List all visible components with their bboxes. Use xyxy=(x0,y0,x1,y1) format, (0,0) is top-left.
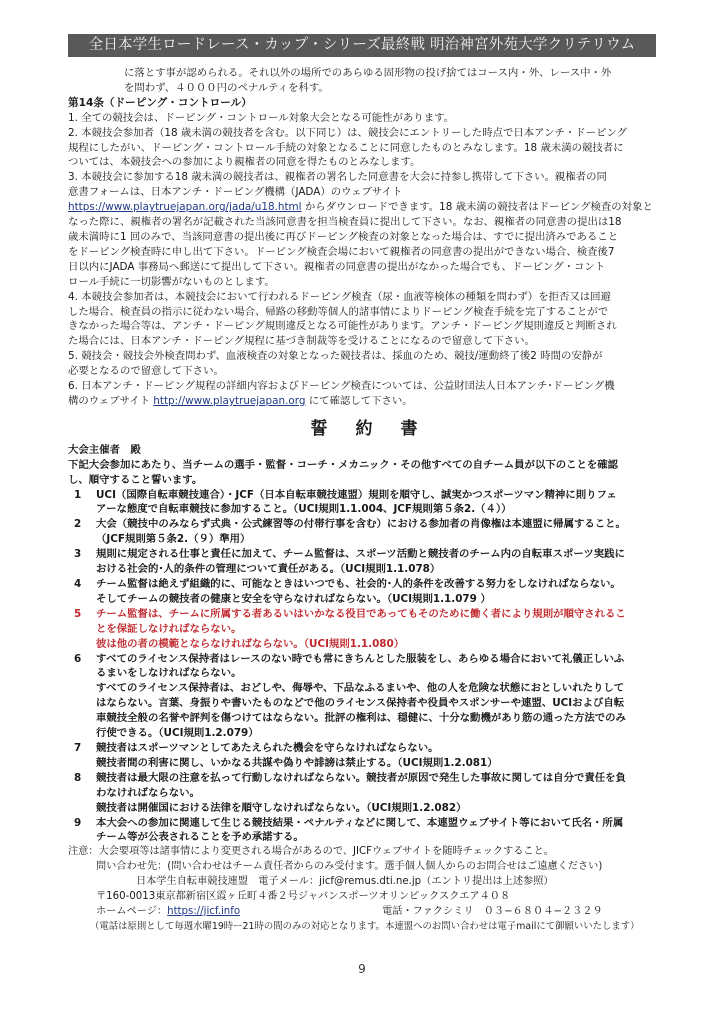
item-line: 行使できる。（UCI規則1.2.079） xyxy=(96,726,660,741)
article-14-para-6: 6. 日本アンチ・ドーピング規程の詳細内容およびドーピング検査については、公益財… xyxy=(68,379,660,394)
article-14-para-5: 5. 競技会・競技会外検査問わず、血液検査の対象となった競技者は、採血のため、競… xyxy=(68,349,660,364)
oath-item-8: 8 競技者は最大限の注意を払って行動しなければならない。競技者が原因で発生した事… xyxy=(68,771,660,816)
article-14-para-3: 歳未満時に1 回のみで、当該同意書の提出後に再びドーピング検査の対象となった場合… xyxy=(68,230,660,245)
item-line: すべてのライセンス保持者はレースのない時でも常にきちんとした服装をし、あらゆる場… xyxy=(96,652,660,667)
address-line: 〒160-0013東京都新宿区霞ヶ丘町４番２号ジャパンスポーツオリンピックスクエ… xyxy=(68,890,660,905)
organization-line: 日本学生自転車競技連盟 電子メール：jicf@remus.dti.ne.jp（エ… xyxy=(68,875,660,890)
item-line: 競技者はスポーツマンとしてあたえられた機会を守らなければならない。 xyxy=(96,741,660,756)
link-trailing-text: からダウンロードできます。18 歳未満の競技者はドーピング検査の対象と xyxy=(302,201,653,213)
document-header-bar: 全日本学生ロードレース・カップ・シリーズ最終戦 明治神宮外苑大学クリテリウム xyxy=(68,34,656,57)
page-number: 9 xyxy=(0,962,724,976)
oath-item-5-highlighted: 5 チーム監督は、チームに所属する者あるいはいかなる役目であってもそのために働く… xyxy=(68,607,660,652)
article-14-para-3: をドーピング検査時に申し出て下さい。ドーピング検査会場において親権者の同意書の提… xyxy=(68,245,660,260)
article-14-para-2: ついては、本競技会への参加により親権者の同意を得たものとみなします。 xyxy=(68,155,660,170)
item-line: チーム等が公表されることを予め承諾する。 xyxy=(96,830,660,845)
playtruejapan-link[interactable]: http://www.playtruejapan.org xyxy=(153,395,305,407)
phone-fax: 電話・ファクシミリ ０３−６８０４−２３２９ xyxy=(382,906,603,917)
item-line: UCI（国際自転車競技連合）・JCF（日本自転車競技連盟）規則を順守し、誠実かつ… xyxy=(96,488,660,503)
item-line: とを保証しなければならない。 xyxy=(96,622,660,637)
item-line: おける社会的･人的条件の管理について責任がある。（UCI規則1.1.078） xyxy=(96,562,660,577)
article-14-para-4: した場合、検査員の指示に従わない場合、帰路の移動等個人的諸事情によりドーピング検… xyxy=(68,305,660,320)
oath-intro: し、順守すること誓います。 xyxy=(68,473,660,488)
article-14-para-1: 1. 全ての競技会は、ドーピング・コントロール対象大会となる可能性があります。 xyxy=(68,111,660,126)
homepage-label: ホームページ： xyxy=(96,906,167,917)
oath-title: 誓約書 xyxy=(68,419,660,439)
item-number: 9 xyxy=(68,816,96,846)
article-14-para-6-link-line: 構のウェブサイト http://www.playtruejapan.org にて… xyxy=(68,394,660,409)
item-line: るまいをしなければならない。 xyxy=(96,666,660,681)
item-line: はならない。言葉、身振りや書いたものなどで他のライセンス保持者や役員やスポンサー… xyxy=(96,696,660,711)
contact-notice: 注意：大会要項等は諸事情により変更される場合があるので、JICFウェブサイトを随… xyxy=(68,845,660,934)
item-line: 競技者間の利害に関し、いかなる共謀や偽りや誹謗は禁止する。（UCI規則1.2.0… xyxy=(96,756,660,771)
oath-item-1: 1 UCI（国際自転車競技連合）・JCF（日本自転車競技連盟）規則を順守し、誠実… xyxy=(68,488,660,518)
article-14-para-3: 意書フォームは、日本アンチ・ドーピング機構（JADA）のウェブサイト xyxy=(68,185,660,200)
article-14-para-3: ロール手続に一切影響がないものとします。 xyxy=(68,275,660,290)
link-leading-text: 構のウェブサイト xyxy=(68,395,153,407)
item-line: 車競技全般の名誉や評判を傷つけてはならない。批評の権利は、穏健に、十分な動機があ… xyxy=(96,711,660,726)
article-14-para-3: 3. 本競技会に参加する18 歳未満の競技者は、親権者の署名した同意書を大会に持… xyxy=(68,170,660,185)
oath-item-4: 4 チーム監督は絶えず組織的に、可能なときはいつでも、社会的･人的条件を改善する… xyxy=(68,577,660,607)
item-number: 3 xyxy=(68,547,96,577)
item-line: チーム監督は絶えず組織的に、可能なときはいつでも、社会的･人的条件を改善する努力… xyxy=(96,577,660,592)
jada-u18-link[interactable]: https://www.playtruejapan.org/jada/u18.h… xyxy=(68,201,302,213)
page-content: に落とす事が認められる。それ以外の場所でのあらゆる固形物の投げ捨てはコース内・外… xyxy=(68,66,660,935)
continuation-line: に落とす事が認められる。それ以外の場所でのあらゆる固形物の投げ捨てはコース内・外… xyxy=(68,66,660,81)
inquiry-line: 問い合わせ先：(問い合わせはチーム責任者からのみ受付ます。選手個人個人からのお問… xyxy=(68,860,660,875)
item-number: 4 xyxy=(68,577,96,607)
oath-list: 1 UCI（国際自転車競技連合）・JCF（日本自転車競技連盟）規則を順守し、誠実… xyxy=(68,488,660,846)
item-number: 6 xyxy=(68,652,96,741)
oath-addressee: 大会主催者 殿 xyxy=(68,443,660,458)
item-number: 2 xyxy=(68,517,96,547)
jicf-homepage-link[interactable]: https://jicf.info xyxy=(167,906,240,917)
item-line: （JCF規則第５条2.（９）準用） xyxy=(96,532,660,547)
article-14-para-4: 4. 本競技会参加者は、本競技会において行われるドーピング検査（尿・血液等検体の… xyxy=(68,290,660,305)
item-number: 1 xyxy=(68,488,96,518)
caution-line: 注意：大会要項等は諸事情により変更される場合があるので、JICFウェブサイトを随… xyxy=(68,845,660,860)
item-line: 競技者は最大限の注意を払って行動しなければならない。競技者が原因で発生した事故に… xyxy=(96,771,660,786)
item-line: 競技者は開催国における法律を順守しなければならない。（UCI規則1.2.082） xyxy=(96,801,660,816)
article-14-para-2: 規程にしたがい、ドーピング・コントロール手続の対象となることに同意したものとみな… xyxy=(68,141,660,156)
article-14-para-3: なった際に、親権者の署名が記載された当該同意書を担当検査員に提出して下さい。なお… xyxy=(68,215,660,230)
homepage-line: ホームページ：https://jicf.info電話・ファクシミリ ０３−６８０… xyxy=(68,905,660,920)
article-14-title: 第14条（ドーピング・コントロール） xyxy=(68,96,660,111)
item-line: 彼は他の者の模範とならなければならない。（UCI規則1.1.080） xyxy=(96,637,660,652)
item-line: すべてのライセンス保持者は、おどしや、侮辱や、下品なふるまいや、他の人を危険な状… xyxy=(96,681,660,696)
item-number: 5 xyxy=(68,607,96,652)
oath-item-9: 9 本大会への参加に関連して生じる競技結果・ペナルティなどに関して、本連盟ウェブ… xyxy=(68,816,660,846)
item-line: アーな態度で自転車競技に参加すること。（UCI規則1.1.004、JCF規則第５… xyxy=(96,502,660,517)
oath-item-7: 7 競技者はスポーツマンとしてあたえられた機会を守らなければならない。競技者間の… xyxy=(68,741,660,771)
item-number: 7 xyxy=(68,741,96,771)
oath-intro: 下記大会参加にあたり、当チームの選手・監督・コーチ・メカニック・その他すべての自… xyxy=(68,458,660,473)
article-14-para-4: きなかった場合等は、アンチ・ドーピング規則違反となる可能性があります。アンチ・ド… xyxy=(68,319,660,334)
item-line: チーム監督は、チームに所属する者あるいはいかなる役目であってもそのために働く者に… xyxy=(96,607,660,622)
item-line: 本大会への参加に関連して生じる競技結果・ペナルティなどに関して、本連盟ウェブサイ… xyxy=(96,816,660,831)
continuation-line: を問わず、４０００円のペナルティを科す。 xyxy=(68,81,660,96)
item-line: 規則に規定される仕事と責任に加えて、チーム監督は、スポーツ活動と競技者のチーム内… xyxy=(96,547,660,562)
article-14-para-4: た場合には、日本アンチ・ドーピング規程に基づき制裁等を受けることになるので留意し… xyxy=(68,334,660,349)
article-14-para-2: 2. 本競技会参加者（18 歳未満の競技者を含む。以下同じ）は、競技会にエントリ… xyxy=(68,126,660,141)
oath-item-3: 3 規則に規定される仕事と責任に加えて、チーム監督は、スポーツ活動と競技者のチー… xyxy=(68,547,660,577)
phone-note: （電話は原則として毎週水曜19時ー21時の間のみの対応となります。本連盟へのお問… xyxy=(68,920,660,935)
oath-item-2: 2 大会（競技中のみならず式典・公式練習等の付帯行事を含む）における参加者の肖像… xyxy=(68,517,660,547)
article-14-para-3: 日以内にJADA 事務局へ郵送にて提出して下さい。親権者の同意書の提出がなかった… xyxy=(68,260,660,275)
item-number: 8 xyxy=(68,771,96,816)
item-line: そしてチームの競技者の健康と安全を守らなければならない。（UCI規則1.1.07… xyxy=(96,592,660,607)
article-14-para-3-link-line: https://www.playtruejapan.org/jada/u18.h… xyxy=(68,200,660,215)
link-trailing-text: にて確認して下さい。 xyxy=(305,395,412,407)
item-line: 大会（競技中のみならず式典・公式練習等の付帯行事を含む）における参加者の肖像権は… xyxy=(96,517,660,532)
article-14-para-5: 必要となるので留意して下さい。 xyxy=(68,364,660,379)
item-line: わなければならない。 xyxy=(96,786,660,801)
oath-item-6: 6 すべてのライセンス保持者はレースのない時でも常にきちんとした服装をし、あらゆ… xyxy=(68,652,660,741)
